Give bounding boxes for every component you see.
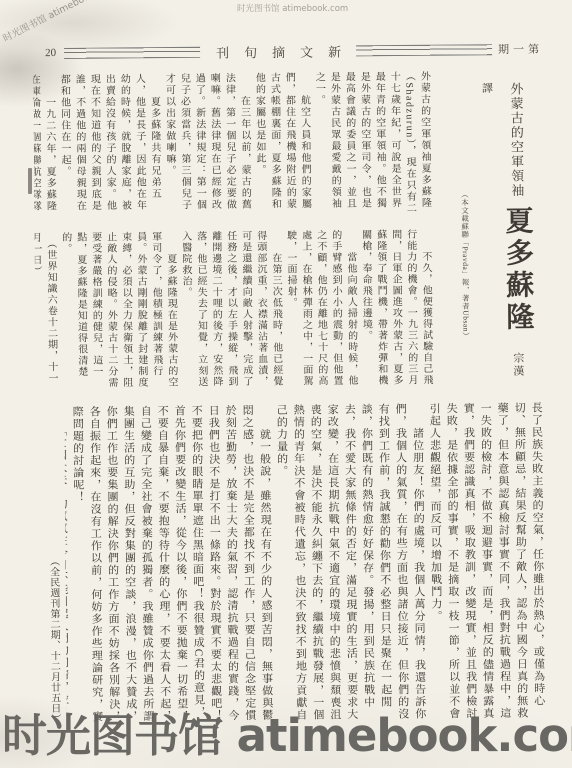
source-note: （本文載蘇聯「Pravda」報，著者Ubsan） [458, 82, 472, 384]
watermark-top-left: 时光图书馆 atimebook.com [0, 0, 117, 44]
journal-title: 刊旬摘文新 [216, 41, 356, 61]
article2-band: 長了民族失敗主義的空氣，任你雖出於熱心，或僅為時心切、無所顧忌，結果反幫助了敵人… [64, 402, 547, 724]
scan-artifact-dash [28, 168, 32, 194]
article-continuation: 長了民族失敗主義的空氣，任你雖出於熱心，或僅為時心切、無所顧忌，結果反幫助了敵人… [30, 402, 549, 730]
issue-number: 期一第 [498, 41, 543, 57]
article-title-column: 外蒙古的空軍領袖 夏多蘇隆 宗漢譯 [477, 82, 538, 384]
header-rule-left [64, 46, 200, 58]
page-header: 20 刊旬摘文新 期一第 [27, 38, 543, 65]
watermark-top-center: 时光图书馆 atimebook.com [237, 2, 348, 14]
scanned-page: 时光图书馆 atimebook.com 时光图书馆 atimebook.com … [0, 0, 572, 768]
article-title-block: 外蒙古的空軍領袖 夏多蘇隆 宗漢譯 （本文載蘇聯「Pravda」報，著者Ubsa… [435, 82, 544, 385]
article-title-large: 夏多蘇隆 [501, 206, 533, 334]
article-air-commander: 外蒙古的空軍領袖夏多蘇隆（Shadzurun），現在只有二十七歲年紀，可說是全世… [27, 70, 546, 392]
header-rule-right [356, 44, 492, 56]
watermark-bottom: 时光图书馆 atimebook.com [2, 699, 572, 764]
article-title-small: 外蒙古的空軍領袖 [508, 82, 524, 198]
page-content: 20 刊旬摘文新 期一第 外蒙古的空軍領袖夏多蘇隆（Shadzurun），現在只… [27, 38, 549, 730]
article-band-1: 外蒙古的空軍領袖夏多蘇隆（Shadzurun），現在只有二十七歲年紀，可說是全世… [33, 71, 432, 222]
article-band-2: 不久，他便獲得試驗自己飛行能力的機會。一九三六的三月間，日軍企圖進攻外蒙古，夏多… [35, 229, 434, 392]
page-number: 20 [45, 47, 56, 59]
